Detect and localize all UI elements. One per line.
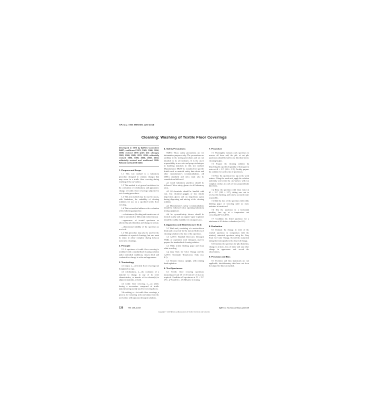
paragraph: 7.4 Rinse the specimen with clean water … — [209, 189, 249, 200]
paragraph: 3.3 textile floor covering, n.—an articl… — [119, 283, 159, 291]
paragraph: 9.1 Precision and bias statements are no… — [209, 260, 249, 268]
section-heading: 3. Terminology — [119, 261, 159, 264]
paragraph: 7.6 Dry the specimen in a horizontal pos… — [209, 209, 249, 217]
column-middle: 4. Safety PrecautionsNOTE: These safety … — [164, 146, 204, 299]
page-content: AATCC Test Method 138-2018 Cleaning: Was… — [119, 124, 249, 321]
paragraph: 5.4 Gray Scale for Color Change and the … — [164, 251, 204, 259]
paragraph: —dimensional stability of the specimen a… — [119, 226, 159, 231]
paragraph: 2.1 A specimen of textile floor covering… — [119, 248, 159, 259]
paragraph: —colorfastness (bleeding and transferenc… — [119, 213, 159, 218]
column-right: 7. Procedure7.1 Thoroughly vacuum each s… — [209, 146, 249, 299]
section-heading: 8. Evaluation — [209, 225, 249, 228]
page-title: Cleaning: Washing of Textile Floor Cover… — [119, 135, 249, 139]
paragraph: 7.2 Prepare the cleaning solution by dis… — [209, 163, 249, 174]
section-heading: 5. Apparatus and Materials (see 16.1) — [164, 224, 204, 227]
paragraph: NOTE: These safety precautions are for i… — [164, 152, 204, 181]
paragraph: 7.1 Thoroughly vacuum each specimen to r… — [209, 152, 249, 163]
paragraph: 4.3 Manufacturer's safety recommendation… — [164, 204, 204, 212]
paragraph: 8.2 Examine the specimen for pile distor… — [209, 243, 249, 254]
footer-doc-code: TM 138-2018 — [128, 307, 141, 309]
paragraph: 7.7 Condition the dried specimen for a m… — [209, 218, 249, 223]
section-heading: 4. Safety Precautions — [164, 148, 204, 151]
paragraph: 1.4 This test method addresses the evalu… — [119, 207, 159, 212]
paragraph: 3.4 washing, n.—in textile floor coverin… — [119, 291, 159, 299]
footer-left-group: 138 TM 138-2018 — [119, 306, 141, 309]
paragraph: 5.5 Vacuum cleaner, upright, with rotati… — [164, 260, 204, 265]
paragraph: 1.2 This method is of general usefulness… — [119, 184, 159, 195]
paragraph: 1.5 This procedure may also be used for … — [119, 232, 159, 243]
paragraph: 5.1 Wash unit, consisting of a motor-dri… — [164, 227, 204, 235]
history-note: Developed in 1970 by AATCC Committee RA5… — [119, 146, 159, 167]
section-heading: 2. Principle — [119, 245, 159, 248]
text-columns: Developed in 1970 by AATCC Committee RA5… — [119, 146, 249, 299]
paragraph: 5.3 White textile blotting paper and cle… — [164, 245, 204, 250]
document-canvas: AATCC Test Method 138-2018 Cleaning: Was… — [0, 0, 368, 420]
section-heading: 1. Purpose and Scope — [119, 169, 159, 172]
paragraph: 1.3 This test method may be used to asse… — [119, 196, 159, 207]
section-heading: 9. Precision and Bias — [209, 256, 249, 259]
page-footer: 138 TM 138-2018 AATCC Technical Manual/2… — [119, 306, 249, 309]
paragraph: 1.1 This test method is a laboratory pro… — [119, 173, 159, 184]
paragraph: 8.1 Evaluate the change in color of the … — [209, 229, 249, 242]
column-left: Developed in 1970 by AATCC Committee RA5… — [119, 146, 159, 299]
paragraph: 7.5 Blot the face of the specimen with w… — [209, 200, 249, 208]
paragraph: 5.2 AATCC Standard Reference Detergent W… — [164, 236, 204, 244]
footer-manual-label: AATCC Technical Manual/2019 — [219, 307, 249, 309]
paragraph: 6.1 Textile floor covering specimens mea… — [164, 271, 204, 282]
copyright-line: Copyright © 2019 American Association of… — [119, 311, 249, 313]
section-heading: 6. Test Specimens — [164, 267, 204, 270]
method-number-header: AATCC Test Method 138-2018 — [119, 124, 249, 126]
paragraph: 7.3 Place the specimen face up on the wo… — [209, 175, 249, 188]
footer-page-number: 138 — [119, 306, 123, 309]
paragraph: —appearance of treated specimens as affe… — [119, 219, 159, 224]
paragraph: 4.2 All chemicals should be handled with… — [164, 190, 204, 203]
document-page: AATCC Test Method 138-2018 Cleaning: Was… — [119, 112, 249, 309]
paragraph: 4.1 Good laboratory practices should be … — [164, 182, 204, 190]
paragraph: 3.1 carpet, n.—all textile floor coverin… — [119, 265, 159, 270]
paragraph: 4.4 An eyewash/safety shower should be l… — [164, 213, 204, 221]
section-heading: 7. Procedure — [209, 148, 249, 151]
paragraph: 3.2 colorfastness, n.—the resistance of … — [119, 271, 159, 282]
